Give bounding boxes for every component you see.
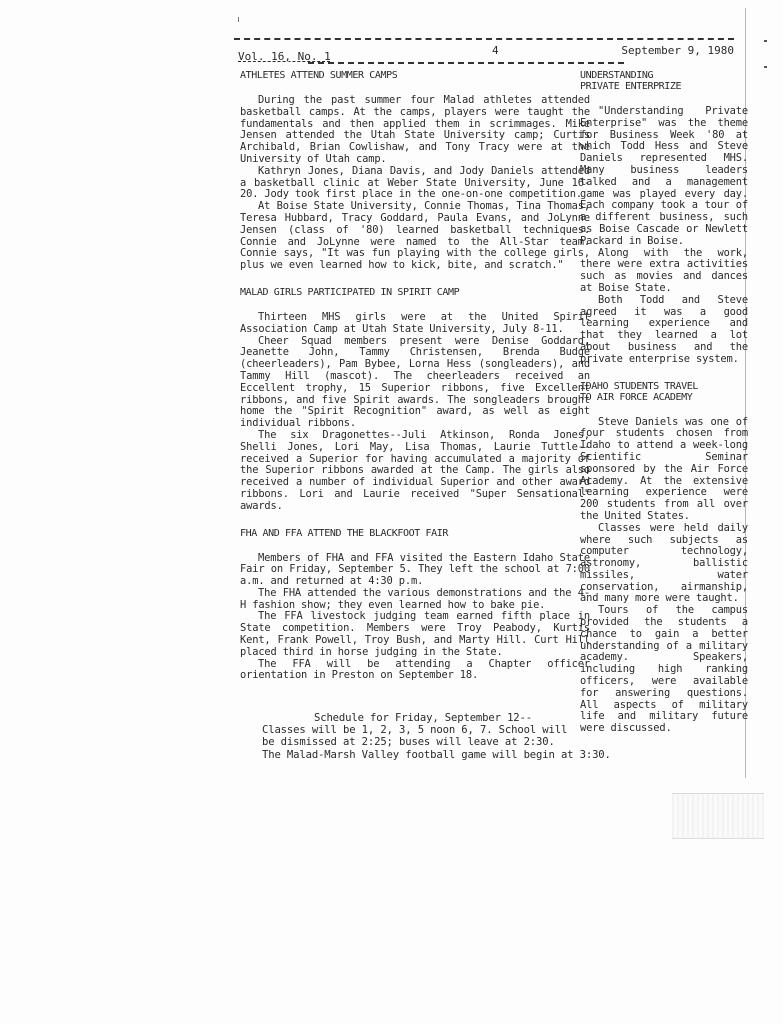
article-paragraph: At Boise State University, Connie Thomas… (240, 201, 590, 272)
article-paragraph: Kathryn Jones, Diana Davis, and Jody Dan… (240, 166, 590, 201)
article-blackfoot-fair: FHA AND FFA ATTEND THE BLACKFOOT FAIR Me… (240, 528, 590, 683)
masthead-dash-fill (308, 62, 624, 64)
schedule-title: Schedule for Friday, September 12-- (262, 712, 611, 724)
article-headline: UNDERSTANDING PRIVATE ENTERPRIZE (580, 70, 748, 92)
article-headline: FHA AND FFA ATTEND THE BLACKFOOT FAIR (240, 528, 590, 539)
article-paragraph: Steve Daniels was one of four students c… (580, 417, 748, 523)
article-spirit-camp: MALAD GIRLS PARTICIPATED IN SPIRIT CAMP … (240, 287, 590, 513)
schedule-line: Classes will be 1, 2, 3, 5 noon 6, 7. Sc… (262, 724, 611, 736)
article-headline: ATHLETES ATTEND SUMMER CAMPS (240, 70, 590, 81)
article-paragraph: Tours of the campus provided the student… (580, 605, 748, 735)
scan-mark (764, 40, 767, 42)
schedule-line: The Malad-Marsh Valley football game wil… (262, 749, 611, 761)
article-paragraph: During the past summer four Malad athlet… (240, 95, 590, 166)
left-column: ATHLETES ATTEND SUMMER CAMPS During the … (240, 70, 590, 697)
article-paragraph: Cheer Squad members present were Denise … (240, 336, 590, 430)
newsletter-page: Vol. 16, No. 1 4 September 9, 1980 ATHLE… (0, 0, 783, 1024)
scan-mark (238, 17, 239, 22)
issue-date: September 9, 1980 (621, 44, 734, 57)
page-number: 4 (492, 44, 499, 57)
article-paragraph: "Understanding Private Enterprise" was t… (580, 106, 748, 248)
schedule-line: be dismissed at 2:25; buses will leave a… (262, 736, 611, 748)
article-athletes-summer-camps: ATHLETES ATTEND SUMMER CAMPS During the … (240, 70, 590, 272)
article-air-force-academy: IDAHO STUDENTS TRAVEL TO AIR FORCE ACADE… (580, 381, 748, 736)
scan-mark (764, 66, 767, 68)
article-headline: MALAD GIRLS PARTICIPATED IN SPIRIT CAMP (240, 287, 590, 298)
article-paragraph: Members of FHA and FFA visited the Easte… (240, 553, 590, 588)
article-paragraph: Along with the work, there were extra ac… (580, 248, 748, 295)
article-headline: IDAHO STUDENTS TRAVEL TO AIR FORCE ACADE… (580, 381, 748, 403)
article-paragraph: The six Dragonettes--Juli Atkinson, Rond… (240, 430, 590, 513)
scan-smudge (672, 793, 764, 839)
article-paragraph: Thirteen MHS girls were at the United Sp… (240, 312, 590, 336)
article-paragraph: Classes were held daily where such subje… (580, 523, 748, 606)
article-paragraph: The FFA will be attending a Chapter offi… (240, 659, 590, 683)
schedule-notice: Schedule for Friday, September 12-- Clas… (262, 712, 611, 761)
article-paragraph: Both Todd and Steve agreed it was a good… (580, 295, 748, 366)
masthead-top-rule (234, 38, 734, 40)
article-paragraph: The FFA livestock judging team earned fi… (240, 611, 590, 658)
right-column: UNDERSTANDING PRIVATE ENTERPRIZE "Unders… (580, 70, 748, 750)
article-private-enterprise: UNDERSTANDING PRIVATE ENTERPRIZE "Unders… (580, 70, 748, 366)
article-paragraph: The FHA attended the various demonstrati… (240, 588, 590, 612)
masthead: Vol. 16, No. 1 4 September 9, 1980 (238, 44, 734, 60)
